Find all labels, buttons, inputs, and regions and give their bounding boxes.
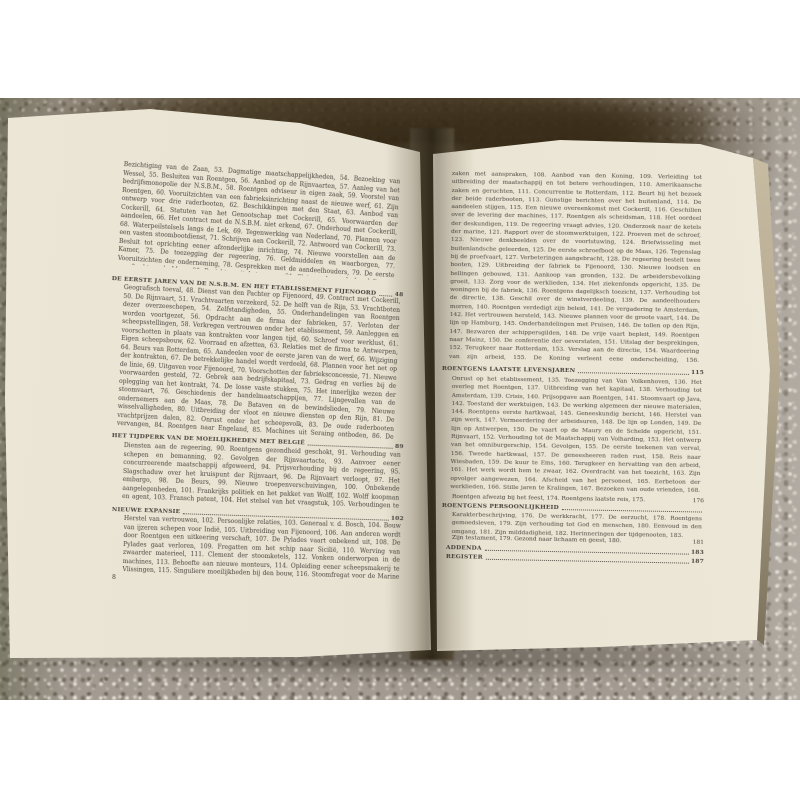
toc-heading-page-number: 89	[395, 443, 404, 450]
toc-heading-page-number: 102	[391, 515, 404, 522]
toc-paragraph-tijdperk-belgie: Diensten aan de regeering, 90. Roentgens…	[122, 442, 401, 512]
toc-heading-page-number: 115	[691, 369, 704, 376]
toc-entry-page-number: 181	[693, 540, 704, 547]
toc-entry-page-number: 187	[691, 558, 704, 565]
toc-paragraph-right-continuation: zaken met aanspraken, 108. Aanbod van de…	[449, 170, 702, 365]
toc-paragraph-continuation: Bezichtiging van de Zaan, 53. Dagmatige …	[118, 161, 401, 281]
toc-paragraph-eerste-jaren: Geografisch toeval, 48. Dienst van den P…	[117, 284, 401, 443]
toc-entry-page-number: 176	[693, 498, 704, 505]
left-page-number: 8	[112, 574, 116, 581]
toc-entry-text: ADDENDA	[446, 544, 482, 552]
toc-paragraph-laatste-levensjaren: Onrust op het etablissement, 135. Toezeg…	[450, 375, 702, 495]
book-photo: Bezichtiging van de Zaan, 53. Dagmatige …	[0, 98, 800, 700]
toc-paragraph-nieuwe-expansie: Herstel van vertrouwen, 102. Persoonlijk…	[122, 515, 401, 583]
toc-entry-text: REGISTER	[446, 553, 483, 561]
toc-entry-page-number: 183	[691, 549, 704, 556]
